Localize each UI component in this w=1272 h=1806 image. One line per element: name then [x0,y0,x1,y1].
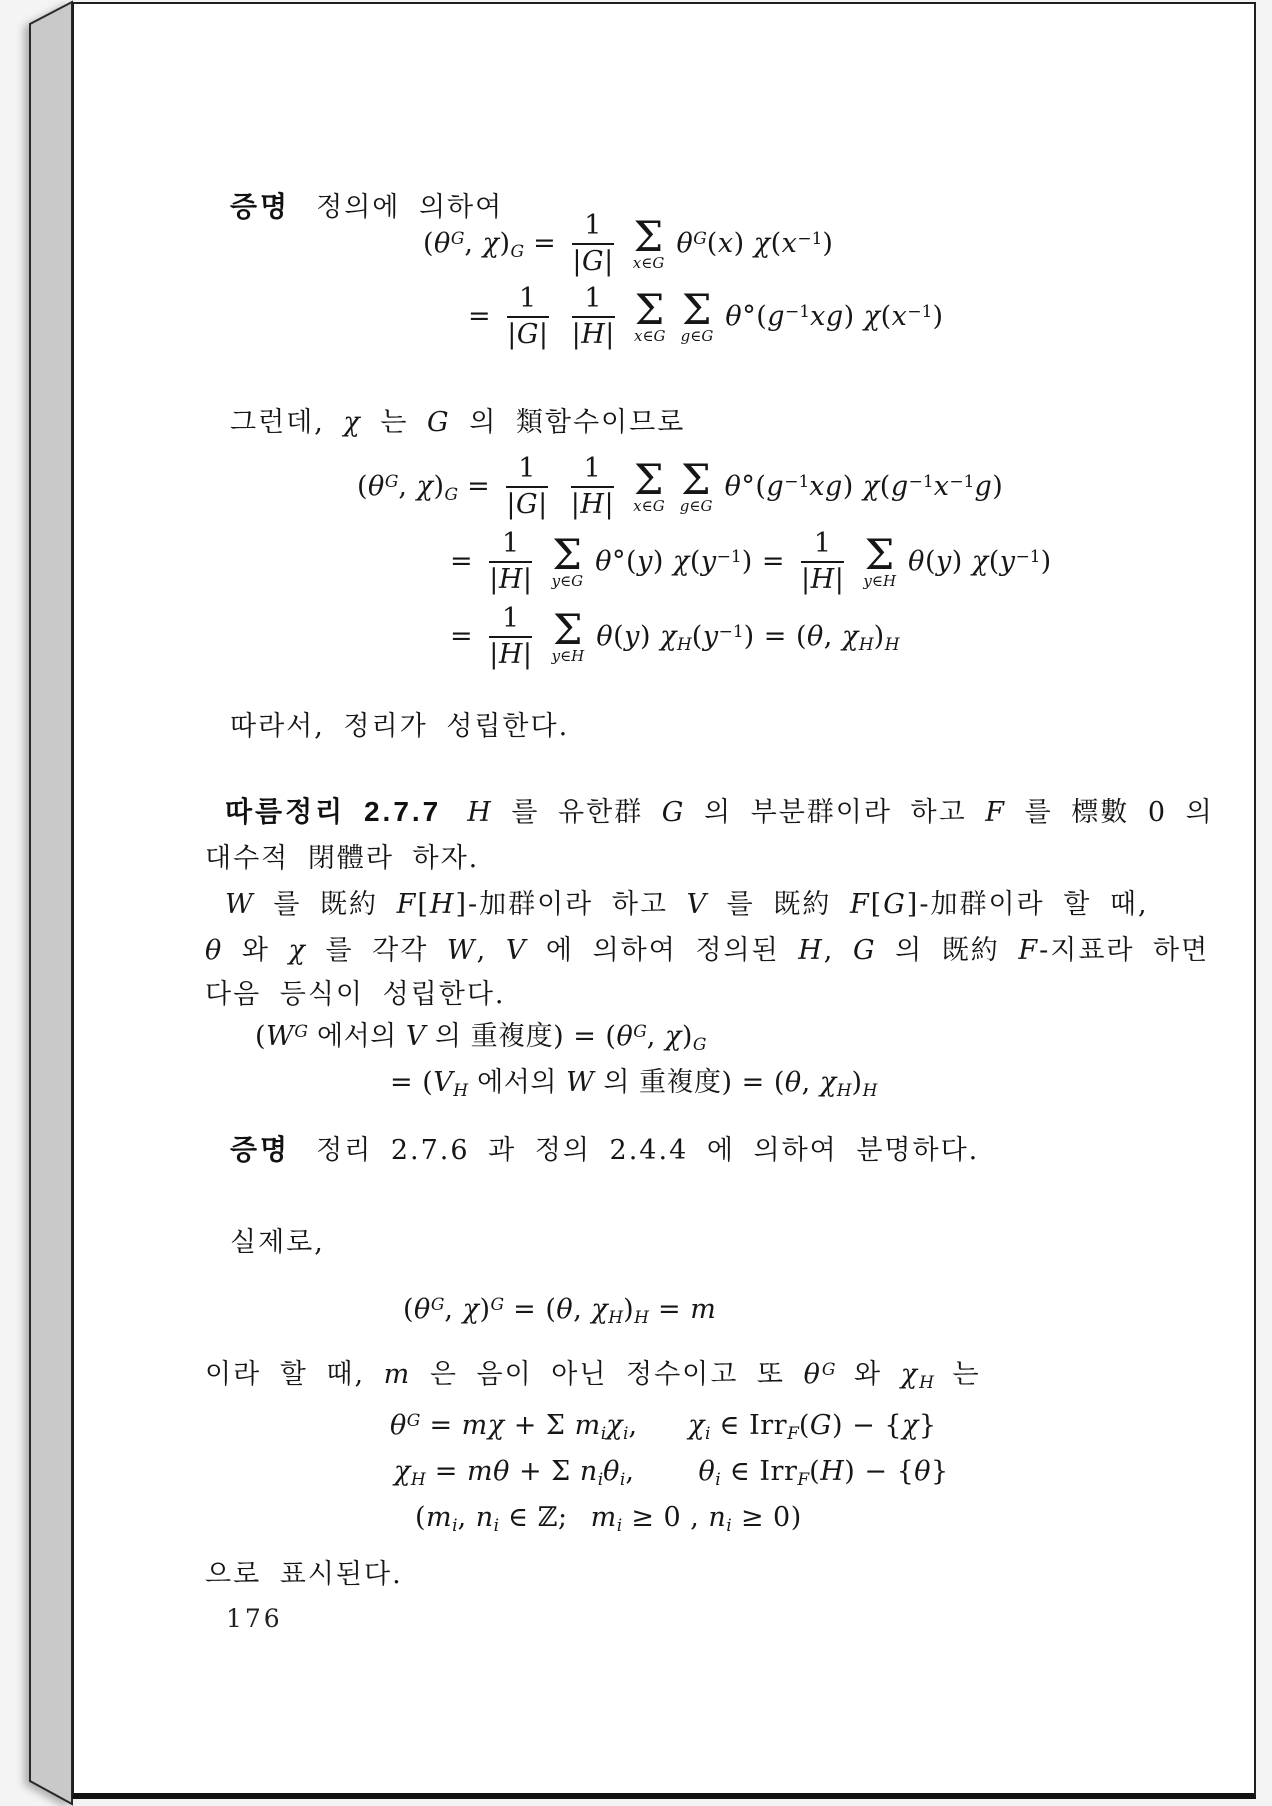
equation-m: (θG, χ)G = (θ, χH)H = m [403,1294,716,1325]
corollary-text: H 를 유한群 G 의 부분群이라 하고 F 를 標數 0 의 [467,797,1213,828]
decomposition-equation-line: θG = mχ + Σ miχi, χi ∈ IrrF(G) − {χ} [390,1410,937,1441]
corollary-line-2: 대수적 閉體라 하자. [205,836,479,875]
book-page: 증명정의에 의하여 (θG, χ)G = 1|G| Σx∈G θG(x) χ(x… [72,2,1256,1799]
paragraph-closing: 으로 표시된다. [205,1552,403,1591]
proof-text: 정리 2.7.6 과 정의 2.4.4 에 의하여 분명하다. [316,1135,979,1166]
decomposition-equation-line: χH = mθ + Σ niθi, θi ∈ IrrF(H) − {θ} [394,1456,949,1487]
multiplicity-equation-line: (WG 에서의 V 의 重複度) = (θG, χ)G [255,1014,706,1053]
equation-line: = 1|G| 1|H| Σx∈G Σg∈G θ°(g−1xg) χ(x−1) [468,285,944,350]
paragraph-indeed: 실제로, [230,1220,325,1259]
module-paragraph-line: 다음 등식이 성립한다. [205,972,506,1011]
corollary-label: 따름정리 2.7.7 [225,796,441,827]
module-paragraph-line: W 를 既約 F[H]-加群이라 하고 V 를 既約 F[G]-加群이라 할 때… [225,882,1149,921]
multiplicity-equation-line: = (VH 에서의 W 의 重複度) = (θ, χH)H [390,1060,877,1099]
equation-line: = 1|H| Σy∈G θ°(y) χ(y−1) = 1|H| Σy∈H θ(y… [450,530,1052,595]
corollary-heading: 따름정리 2.7.7H 를 유한群 G 의 부분群이라 하고 F 를 標數 0 … [225,790,1214,830]
module-paragraph-line: θ 와 χ 를 각각 W, V 에 의하여 정의된 H, G 의 既約 F-지표… [205,928,1209,967]
scanned-book-photo: { "book": { "proof1": { "label": "증명", "… [0,0,1272,1806]
proof-label: 증명 [230,1134,290,1165]
equation-line: = 1|H| Σy∈H θ(y) χH(y−1) = (θ, χH)H [450,605,900,670]
equation-line: (θG, χ)G = 1|G| Σx∈G θG(x) χ(x−1) [423,212,833,277]
equation-line: (θG, χ)G = 1|G| 1|H| Σx∈G Σg∈G θ°(g−1xg)… [357,455,1003,520]
paragraph-therefore: 따라서, 정리가 성립한다. [230,704,569,743]
paragraph-nonnegative: 이라 할 때, m 은 음이 아닌 정수이고 또 θG 와 χH 는 [205,1352,981,1391]
proof-heading-2: 증명정리 2.7.6 과 정의 2.4.4 에 의하여 분명하다. [230,1128,979,1168]
proof-label: 증명 [230,191,290,222]
page-number: 176 [226,1604,283,1633]
paragraph-class-function: 그런데, χ 는 G 의 類함수이므로 [230,400,685,439]
decomposition-equation-line: (mi, ni ∈ ℤ; mi ≥ 0 , ni ≥ 0) [415,1502,802,1533]
